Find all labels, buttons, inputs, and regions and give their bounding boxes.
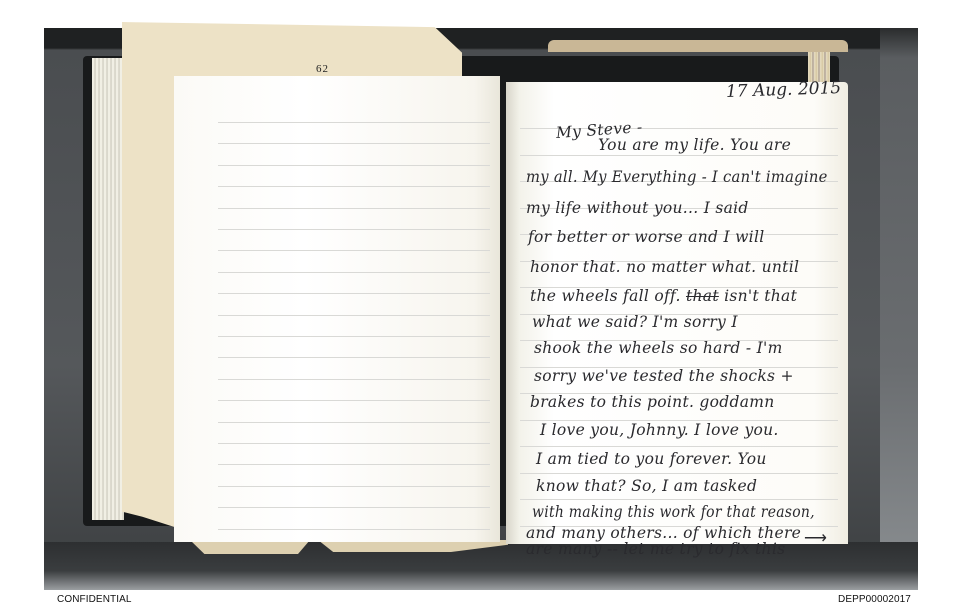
handwritten-line: know that? So, I am tasked [536, 477, 757, 495]
handwritten-line: honor that. no matter what. until [530, 258, 799, 276]
rule-line [218, 443, 490, 444]
handwritten-line: what we said? I'm sorry I [532, 313, 738, 331]
line-text: isn't that [724, 287, 797, 305]
rule-line [218, 229, 490, 230]
handwritten-line: my life without you... I said [526, 199, 749, 217]
handwritten-line: sorry we've tested the shocks + [534, 367, 794, 385]
handwritten-line: the wheels fall off. that isn't that [530, 287, 797, 305]
handwritten-line: with making this work for that reason, [532, 503, 815, 521]
left-page-stack [92, 58, 124, 520]
handwritten-line: brakes to this point. goddamn [530, 393, 775, 411]
bates-number: DEPP00002017 [838, 594, 911, 605]
handwritten-line: I am tied to you forever. You [536, 450, 767, 468]
right-page-backing [548, 40, 848, 52]
rule-line [520, 473, 838, 474]
rule-line [218, 165, 490, 166]
rule-line [218, 486, 490, 487]
entry-date: 17 Aug. 2015 [726, 78, 842, 102]
continuation-arrow-icon: ⟶ [804, 528, 827, 548]
rule-line [218, 272, 490, 273]
rule-line [218, 336, 490, 337]
rule-line [218, 464, 490, 465]
handwritten-line: are many -- let me try to fix this [526, 540, 785, 558]
handwritten-line: for better or worse and I will [528, 228, 764, 246]
rule-line [218, 122, 490, 123]
scanner-bottom [44, 542, 918, 590]
rule-line [218, 379, 490, 380]
rule-line [218, 208, 490, 209]
handwritten-line: You are my life. You are [598, 136, 791, 154]
rule-line [218, 315, 490, 316]
rule-line [218, 529, 490, 530]
handwritten-line: I love you, Johnny. I love you. [540, 421, 779, 439]
rule-line [218, 143, 490, 144]
rule-line [520, 155, 838, 156]
rule-line [218, 422, 490, 423]
rule-line [218, 357, 490, 358]
rule-line [218, 250, 490, 251]
page-number: 62 [316, 63, 329, 73]
scanner-edge [880, 28, 918, 590]
handwritten-line: my all. My Everything - I can't imagine [526, 168, 828, 186]
handwritten-line: shook the wheels so hard - I'm [534, 339, 783, 357]
confidential-label: CONFIDENTIAL [57, 594, 132, 605]
struck-word: that [686, 287, 719, 305]
rule-line [520, 499, 838, 500]
rule-line [218, 400, 490, 401]
left-page [174, 76, 500, 542]
page-torn-tab [190, 540, 310, 554]
rule-line [218, 293, 490, 294]
rule-line [218, 507, 490, 508]
line-text: the wheels fall off. [530, 287, 681, 305]
rule-line [520, 446, 838, 447]
rule-line [218, 186, 490, 187]
